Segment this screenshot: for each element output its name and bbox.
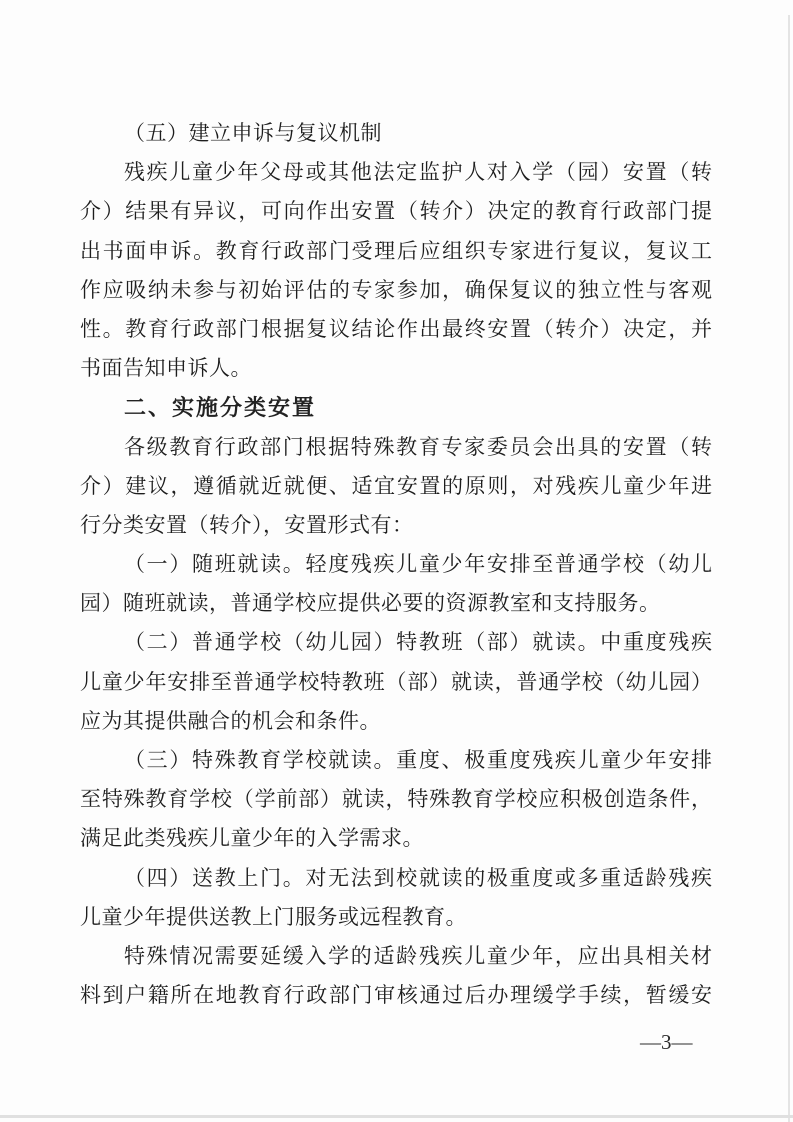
body-line: 园）随班就读，普通学校应提供必要的资源教室和支持服务。 [80,584,712,623]
body-line-item-4: （四）送教上门。对无法到校就读的极重度或多重适龄残疾 [80,859,712,898]
body-line: 出书面申诉。教育行政部门受理后应组织专家进行复议，复议工 [80,232,712,271]
section-heading-appeal-mechanism: （五）建立申诉与复议机制 [80,114,712,153]
body-line: 行分类安置（转介），安置形式有： [80,506,712,545]
body-line: 至特殊教育学校（学前部）就读，特殊教育学校应积极创造条件， [80,780,712,819]
body-line-item-2: （二）普通学校（幼儿园）特教班（部）就读。中重度残疾 [80,623,712,662]
body-line: 介）结果有异议，可向作出安置（转介）决定的教育行政部门提 [80,192,712,231]
body-line: 儿童少年提供送教上门服务或远程教育。 [80,898,712,937]
body-line: 各级教育行政部门根据特殊教育专家委员会出具的安置（转 [80,428,712,467]
body-line: 书面告知申诉人。 [80,349,712,388]
body-line: 儿童少年安排至普通学校特教班（部）就读，普通学校（幼儿园） [80,663,712,702]
document-text-block: （五）建立申诉与复议机制 残疾儿童少年父母或其他法定监护人对入学（园）安置（转 … [80,114,712,1015]
body-line: 性。教育行政部门根据复议结论作出最终安置（转介）决定，并 [80,310,712,349]
document-page: （五）建立申诉与复议机制 残疾儿童少年父母或其他法定监护人对入学（园）安置（转 … [0,0,793,1122]
body-line: 作应吸纳未参与初始评估的专家参加，确保复议的独立性与客观 [80,271,712,310]
body-line-item-3: （三）特殊教育学校就读。重度、极重度残疾儿童少年安排 [80,741,712,780]
body-line: 应为其提供融合的机会和条件。 [80,702,712,741]
body-line: 特殊情况需要延缓入学的适龄残疾儿童少年，应出具相关材 [80,937,712,976]
body-line: 残疾儿童少年父母或其他法定监护人对入学（园）安置（转 [80,153,712,192]
page-number: —3— [640,1030,693,1055]
scan-edge-bottom-artifact [0,1115,793,1118]
body-line: 满足此类残疾儿童少年的入学需求。 [80,819,712,858]
body-line-item-1: （一）随班就读。轻度残疾儿童少年安排至普通学校（幼儿 [80,545,712,584]
body-line: 介）建议，遵循就近就便、适宜安置的原则，对残疾儿童少年进 [80,467,712,506]
body-line: 料到户籍所在地教育行政部门审核通过后办理缓学手续，暂缓安 [80,976,712,1015]
section-heading-classified-placement: 二、实施分类安置 [80,388,712,427]
scan-edge-right-artifact [788,15,790,1122]
